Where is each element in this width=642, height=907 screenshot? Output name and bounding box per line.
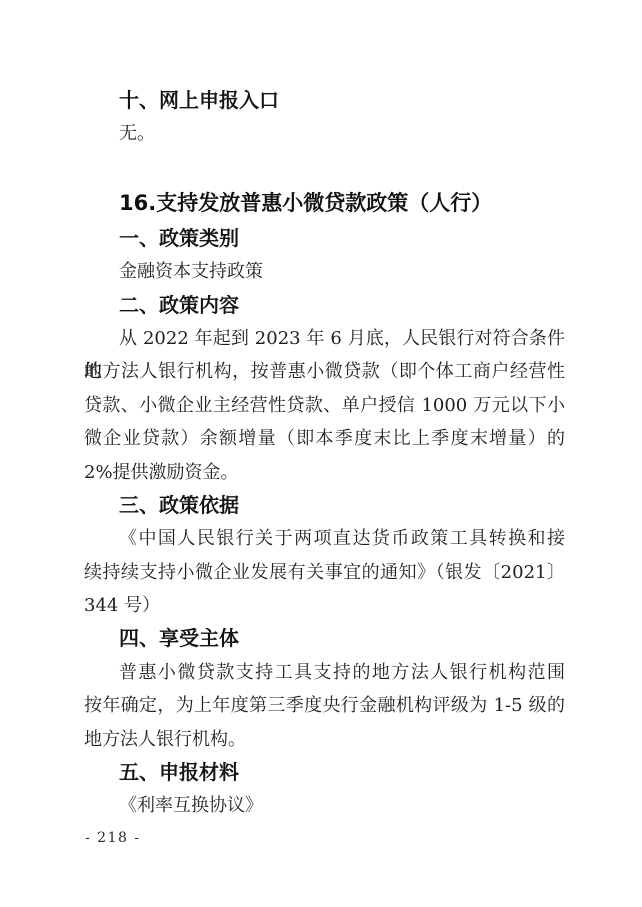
page-number: - 218 -	[85, 830, 141, 846]
document-page: 十、网上申报入口 无。 16.支持发放普惠小微贷款政策（人行） 一、政策类别 金…	[0, 0, 642, 907]
policy-content-line: 2%提供激励资金。	[84, 456, 565, 489]
heading-eligible-entities: 四、享受主体	[84, 622, 565, 655]
eligible-entities-line: 按年确定，为上年度第三季度央行金融机构评级为 1-5 级的	[84, 689, 565, 722]
policy-title: 16.支持发放普惠小微贷款政策（人行）	[84, 184, 565, 222]
policy-content-line: 地方法人银行机构，按普惠小微贷款（即个体工商户经营性	[84, 355, 565, 388]
eligible-entities-line: 地方法人银行机构。	[84, 723, 565, 756]
eligible-entities-line: 普惠小微贷款支持工具支持的地方法人银行机构范围	[84, 656, 565, 689]
heading-policy-basis: 三、政策依据	[84, 489, 565, 522]
policy-basis-line: 续持续支持小微企业发展有关事宜的通知》（银发〔2021〕	[84, 556, 565, 589]
policy-basis-line: 《中国人民银行关于两项直达货币政策工具转换和接	[84, 522, 565, 555]
policy-content-line: 贷款、小微企业主经营性贷款、单户授信 1000 万元以下小	[84, 389, 565, 422]
heading-application-materials: 五、申报材料	[84, 756, 565, 789]
heading-online-application-entry: 十、网上申报入口	[84, 84, 565, 117]
policy-content-line: 微企业贷款）余额增量（即本季度末比上季度末增量）的	[84, 422, 565, 455]
online-application-entry-content: 无。	[84, 117, 565, 150]
application-materials-line: 《利率互换协议》	[84, 789, 565, 822]
heading-policy-content: 二、政策内容	[84, 289, 565, 322]
heading-policy-category: 一、政策类别	[84, 222, 565, 255]
policy-basis-line: 344 号）	[84, 589, 565, 622]
document-content: 十、网上申报入口 无。 16.支持发放普惠小微贷款政策（人行） 一、政策类别 金…	[84, 84, 565, 823]
policy-category-text: 金融资本支持政策	[84, 255, 565, 288]
policy-content-line: 从 2022 年起到 2023 年 6 月底，人民银行对符合条件的	[84, 322, 565, 355]
